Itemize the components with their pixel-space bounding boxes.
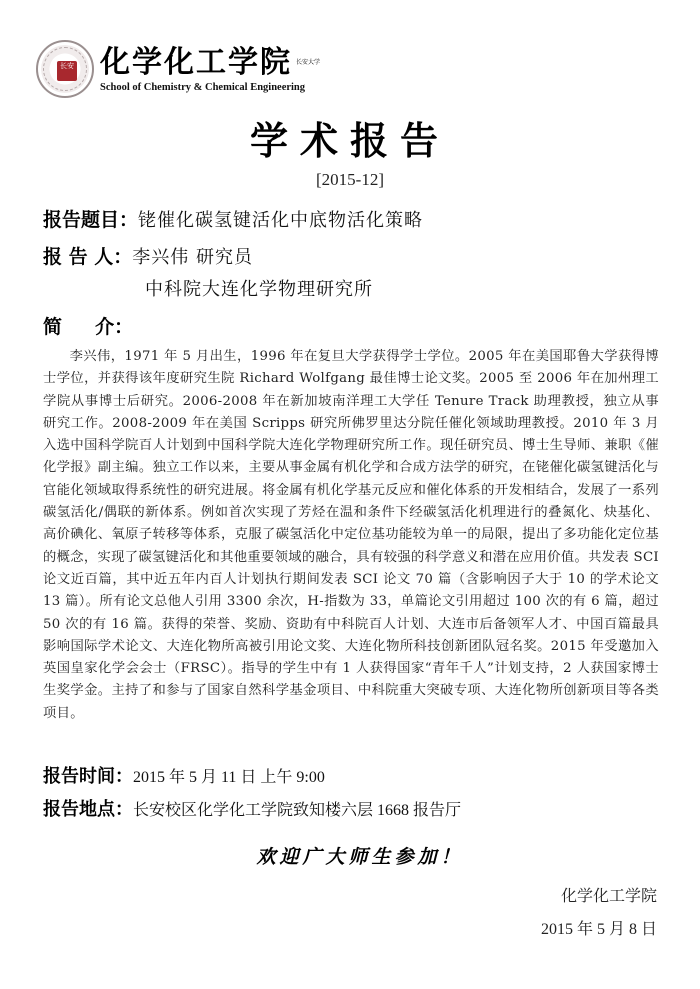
time-row: 报告时间： 2015 年 5 月 11 日 上午 9:00 (43, 762, 325, 788)
page-title: 学术报告 (0, 110, 700, 165)
organizer-signature: 化学化工学院 (561, 883, 657, 906)
speaker-affiliation: 中科院大连化学物理研究所 (145, 275, 373, 301)
logo-chinese-name: 化学化工学院长安大学 (100, 46, 320, 80)
time-value: 2015 年 5 月 11 日 上午 9:00 (133, 764, 325, 787)
topic-label: 报告题目： (43, 205, 138, 232)
university-seal-icon: 长安 (36, 40, 94, 98)
speaker-biography: 李兴伟，1971 年 5 月出生，1996 年在复旦大学获得学士学位。2005 … (43, 346, 659, 725)
topic-value: 铑催化碳氢键活化中底物活化策略 (138, 206, 423, 232)
time-label: 报告时间： (43, 762, 133, 788)
school-logo: 长安 化学化工学院长安大学 School of Chemistry & Chem… (36, 40, 320, 98)
issue-date: 2015 年 5 月 8 日 (541, 916, 657, 939)
logo-text: 化学化工学院长安大学 School of Chemistry & Chemica… (100, 46, 320, 93)
place-value: 长安校区化学化工学院致知楼六层 1668 报告厅 (133, 797, 461, 820)
logo-english-name: School of Chemistry & Chemical Engineeri… (100, 82, 320, 93)
logo-tiny-mark: 长安大学 (296, 59, 320, 66)
document-number: [2015-12] (0, 170, 700, 190)
speaker-label: 报 告 人： (43, 242, 132, 269)
speaker-row: 报 告 人： 李兴伟 研究员 (43, 242, 253, 269)
intro-row: 简 介： (43, 312, 133, 339)
place-label: 报告地点： (43, 795, 133, 821)
place-row: 报告地点： 长安校区化学化工学院致知楼六层 1668 报告厅 (43, 795, 461, 821)
logo-cn-text: 化学化工学院 (100, 45, 292, 80)
seal-center: 长安 (57, 61, 77, 81)
intro-label: 简 介： (43, 312, 133, 339)
topic-row: 报告题目： 铑催化碳氢键活化中底物活化策略 (43, 205, 423, 232)
welcome-message: 欢迎广大师生参加！ (0, 842, 700, 869)
speaker-value: 李兴伟 研究员 (132, 243, 253, 269)
